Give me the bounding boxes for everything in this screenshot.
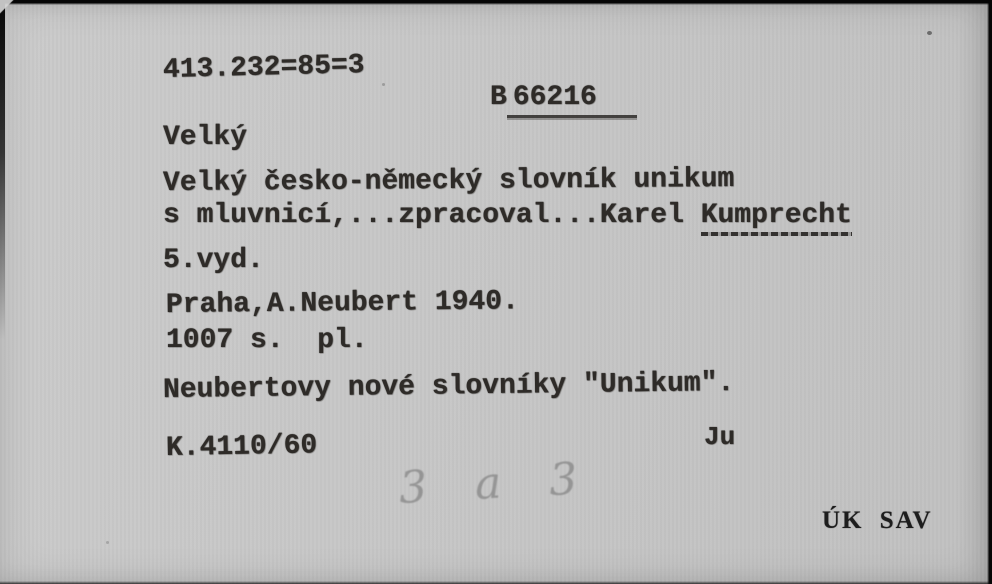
collation-line: 1007 s. pl.: [166, 325, 368, 357]
pencil-annotation: 3 a 3: [398, 453, 595, 514]
scan-border-top: [0, 0, 992, 5]
library-stamp: ÚK SAV: [822, 507, 933, 535]
accession-prefix: B: [490, 82, 507, 113]
scan-speck: [382, 83, 385, 86]
title-line-2: s mluvnicí,...zpracoval...Karel Kumprech…: [163, 200, 852, 236]
imprint-line: Praha,A.Neubert 1940.: [166, 286, 519, 322]
accession-number: 66216: [507, 82, 637, 118]
statement-of-responsibility: s mluvnicí,...zpracoval...Karel: [163, 200, 701, 231]
scan-speck: [106, 541, 109, 544]
catalog-card-scan: 413.232=85=3 B66216 Velký Velký česko-ně…: [0, 0, 992, 584]
inventory-number: K.4110/60: [166, 430, 318, 465]
call-number: 413.232=85=3: [163, 50, 365, 87]
card-corner-highlight: [0, 0, 30, 30]
edition-statement: 5.vyd.: [163, 245, 264, 277]
cataloguer-initials: Ju: [704, 423, 735, 453]
accession-line: B66216: [490, 82, 637, 118]
scan-border-left: [0, 0, 5, 340]
scan-border-right: [987, 0, 992, 584]
author-name: Kumprecht: [701, 200, 852, 236]
scan-speck: [927, 31, 932, 35]
title-line-1: Velký česko-německý slovník unikum: [163, 164, 735, 200]
heading-entry-word: Velký: [163, 122, 247, 154]
